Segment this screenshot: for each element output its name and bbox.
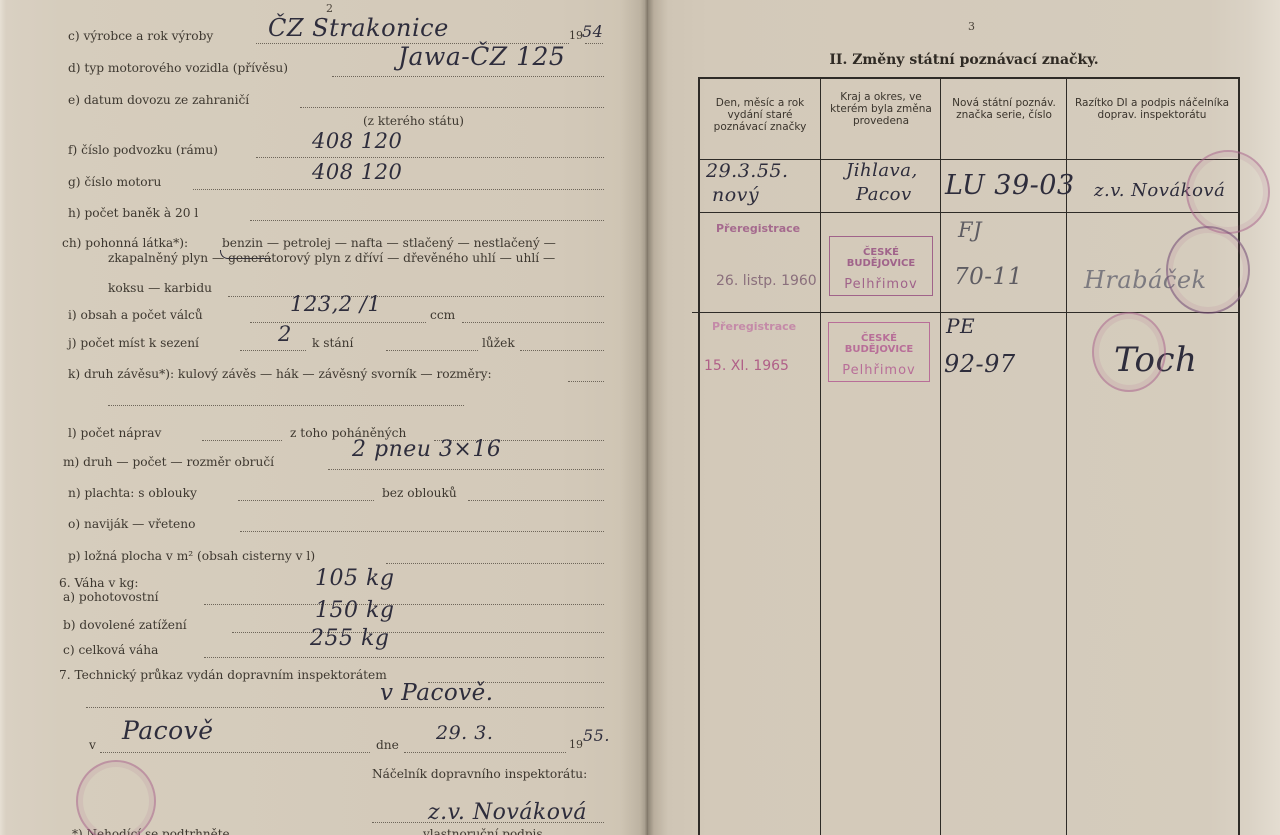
- row1-date: 29.3.55.: [706, 160, 789, 182]
- table-row-divider: [698, 212, 1238, 213]
- row3-date: 15. XI. 1965: [704, 358, 789, 374]
- page-title: II. Změny státní poznávací značky.: [648, 52, 1280, 68]
- row3-plate-series: PE: [946, 314, 975, 338]
- field-fuel-label: ch) pohonná látka*):: [62, 236, 188, 250]
- issued-year-prefix: 19: [569, 738, 583, 751]
- column-header-region: Kraj a okres, ve kterém byla změna prove…: [822, 91, 940, 127]
- dotted-line: [300, 107, 604, 108]
- weight-ready-label: a) pohotovostní: [63, 590, 159, 604]
- dotted-line: [228, 296, 604, 297]
- table-divider: [940, 77, 941, 835]
- dotted-line: [332, 76, 604, 77]
- field-tyres-label: m) druh — počet — rozměr obručí: [63, 455, 274, 469]
- row1-region: Jihlava,: [846, 160, 918, 181]
- signature-title: Náčelník dopravního inspektorátu:: [372, 767, 587, 781]
- dotted-line: [250, 220, 604, 221]
- issued-date-prefix: dne: [376, 738, 399, 752]
- field-fuel-options-line2: zkapalněný plyn — generátorový plyn z dř…: [108, 251, 555, 265]
- row2-plate: 70-11: [954, 264, 1023, 290]
- field-hitch-label: k) druh závěsu*): kulový závěs — hák — z…: [68, 367, 492, 381]
- field-tyres-value: 2 pneu 3×16: [352, 437, 501, 462]
- row2-plate-series: FJ: [958, 218, 982, 242]
- field-engine-label: g) číslo motoru: [68, 175, 161, 189]
- dotted-line: [404, 752, 566, 753]
- row3-region: ČESKÉ BUDĚJOVICE: [829, 333, 929, 355]
- field-seats-label: j) počet míst k sezení: [68, 336, 199, 350]
- dotted-line: [238, 500, 374, 501]
- field-manufacturer-label: c) výrobce a rok výroby: [68, 29, 213, 43]
- issued-by-label: 7. Technický průkaz vydán dopravním insp…: [59, 668, 387, 682]
- column-header-plate: Nová státní poznáv. značka serie, číslo: [942, 97, 1066, 121]
- signature-caption: vlastnoruční podpis: [423, 827, 543, 835]
- weight-heading: 6. Váha v kg:: [59, 576, 139, 590]
- field-manufacturer-value: ČZ Strakonice: [268, 14, 449, 42]
- field-cargo-area-label: p) ložná plocha v m² (obsah cisterny v l…: [68, 549, 315, 563]
- dotted-line: [256, 157, 604, 158]
- dotted-line: [328, 469, 604, 470]
- field-chassis-value: 408 120: [312, 129, 402, 153]
- left-page: 2 c) výrobce a rok výroby ČZ Strakonice …: [0, 0, 648, 835]
- field-year-value: 54: [582, 22, 603, 41]
- field-cans-label: h) počet baněk à 20 l: [68, 206, 198, 220]
- field-year-prefix: 19: [569, 29, 583, 42]
- dotted-line: [100, 752, 370, 753]
- dotted-line: [250, 322, 426, 323]
- field-engine-value: 408 120: [312, 160, 402, 184]
- field-canvas-without-label: bez oblouků: [382, 486, 457, 500]
- dotted-line: [568, 381, 604, 382]
- dotted-line: [86, 707, 604, 708]
- field-beds-label: lůžek: [482, 336, 515, 350]
- weight-load-value: 150 kg: [315, 598, 394, 623]
- row2-district: Pelhřimov: [830, 277, 932, 292]
- page-number-right: 3: [968, 20, 975, 33]
- dotted-line: [468, 500, 604, 501]
- issued-place-value: Pacově: [122, 716, 214, 745]
- field-vehicle-type-label: d) typ motorového vozidla (přívěsu): [68, 61, 288, 75]
- field-fuel-options-line3: koksu — karbidu: [108, 281, 212, 295]
- weight-load-label: b) dovolené zatížení: [63, 618, 187, 632]
- dotted-line: [372, 822, 604, 823]
- dotted-line: [204, 604, 604, 605]
- field-displacement-label: i) obsah a počet válců: [68, 308, 203, 322]
- field-vehicle-type-value: Jawa-ČZ 125: [398, 42, 565, 71]
- row1-stamp-icon: [1186, 150, 1270, 234]
- dotted-line: [386, 350, 478, 351]
- field-standing-label: k stání: [312, 336, 353, 350]
- dotted-line: [240, 531, 604, 532]
- field-winch-label: o) naviják — vřeteno: [68, 517, 195, 531]
- row2-stamp-icon: [1166, 226, 1250, 314]
- row3-district: Pelhřimov: [829, 363, 929, 378]
- dotted-line: [108, 405, 464, 406]
- row3-stamp-icon: [1092, 312, 1166, 392]
- field-import-date-label: e) datum dovozu ze zahraničí: [68, 93, 249, 107]
- field-fuel-options-line1: benzin — petrolej — nafta — stlačený — n…: [222, 236, 556, 250]
- official-stamp-icon: [76, 760, 156, 835]
- row2-region-stamp: ČESKÉ BUDĚJOVICE Pelhřimov: [829, 236, 933, 296]
- field-displacement-unit: ccm: [430, 308, 455, 322]
- dotted-line: [520, 350, 604, 351]
- row1-date-note: nový: [712, 184, 759, 206]
- dotted-line: [585, 43, 603, 44]
- field-chassis-label: f) číslo podvozku (rámu): [68, 143, 218, 157]
- issued-by-value: v Pacově.: [380, 680, 494, 706]
- row2-region: ČESKÉ BUDĚJOVICE: [830, 247, 932, 269]
- field-displacement-value: 123,2 /1: [290, 292, 381, 316]
- dotted-line: [240, 350, 306, 351]
- field-seats-value: 2: [278, 322, 292, 346]
- row3-plate: 92-97: [944, 350, 1016, 378]
- weight-total-label: c) celková váha: [63, 643, 158, 657]
- row3-region-stamp: ČESKÉ BUDĚJOVICE Pelhřimov: [828, 322, 930, 382]
- row3-reregistration-stamp: Přeregistrace: [712, 320, 796, 333]
- row2-date: 26. listp. 1960: [716, 273, 817, 289]
- issued-year-value: 55.: [583, 726, 610, 745]
- row2-reregistration-stamp: Přeregistrace: [716, 222, 800, 235]
- table-divider: [820, 77, 821, 835]
- issued-date-value: 29. 3.: [436, 722, 493, 744]
- dotted-line: [202, 440, 282, 441]
- dotted-line: [232, 632, 604, 633]
- dotted-line: [204, 657, 604, 658]
- field-import-country-label: (z kterého státu): [363, 114, 464, 128]
- weight-ready-value: 105 kg: [315, 566, 394, 591]
- row1-plate: LU 39-03: [945, 170, 1075, 201]
- column-header-stamp: Razítko DI a podpis náčelníka doprav. in…: [1068, 97, 1236, 121]
- table-row-divider: [692, 312, 1238, 313]
- column-header-date: Den, měsíc a rok vydání staré poznávací …: [700, 97, 820, 133]
- field-canvas-label: n) plachta: s oblouky: [68, 486, 197, 500]
- field-axles-label: l) počet náprav: [68, 426, 161, 440]
- dotted-line: [462, 322, 604, 323]
- weight-total-value: 255 kg: [310, 626, 389, 651]
- dotted-line: [386, 563, 604, 564]
- issued-place-prefix: v: [89, 738, 96, 752]
- dotted-line: [193, 189, 604, 190]
- row1-district: Pacov: [856, 184, 912, 205]
